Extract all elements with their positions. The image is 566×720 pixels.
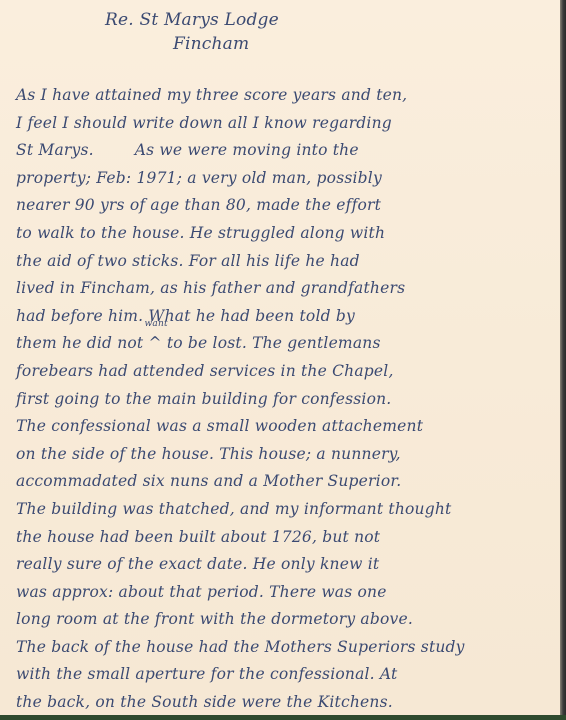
page-bottom-border	[0, 715, 566, 720]
caret-mark: ^	[149, 334, 162, 352]
text-line: nearer 90 yrs of age than 80, made the e…	[16, 192, 536, 220]
text-line: the aid of two sticks. For all his life …	[16, 248, 536, 276]
insertion-mark: want ^	[149, 330, 162, 358]
letter-heading: Re. St Marys Lodge Fincham	[105, 8, 279, 56]
heading-title: Re. St Marys Lodge	[105, 8, 279, 32]
text-line: long room at the front with the dormetor…	[16, 606, 536, 634]
text-line: I feel I should write down all I know re…	[16, 110, 536, 138]
text-line: property; Feb: 1971; a very old man, pos…	[16, 165, 536, 193]
text-line: The back of the house had the Mothers Su…	[16, 634, 536, 662]
text-line: The confessional was a small wooden atta…	[16, 413, 536, 441]
line-part-after-insertion: to be lost. The gentlemans	[167, 334, 381, 352]
inserted-word: want	[145, 319, 168, 329]
text-line: on the side of the house. This house; a …	[16, 441, 536, 469]
text-line: had before him. What he had been told by	[16, 303, 536, 331]
text-line-with-insertion: them he did not want ^ to be lost. The g…	[16, 330, 536, 358]
text-line: forebears had attended services in the C…	[16, 358, 536, 386]
page-edge-shadow	[560, 0, 566, 720]
text-line: first going to the main building for con…	[16, 386, 536, 414]
heading-place: Fincham	[105, 32, 279, 56]
text-line: As I have attained my three score years …	[16, 82, 536, 110]
handwritten-letter-page: Re. St Marys Lodge Fincham As I have att…	[0, 0, 562, 715]
text-line: the house had been built about 1726, but…	[16, 524, 536, 552]
letter-body: As I have attained my three score years …	[16, 82, 536, 717]
text-line: with the small aperture for the confessi…	[16, 661, 536, 689]
text-line: was approx: about that period. There was…	[16, 579, 536, 607]
text-line: accommadated six nuns and a Mother Super…	[16, 468, 536, 496]
text-line: The building was thatched, and my inform…	[16, 496, 536, 524]
text-line: lived in Fincham, as his father and gran…	[16, 275, 536, 303]
text-line: to walk to the house. He struggled along…	[16, 220, 536, 248]
line-part-before-insertion: them he did not	[16, 334, 143, 352]
text-line: St Marys. As we were moving into the	[16, 137, 536, 165]
text-line: the back, on the South side were the Kit…	[16, 689, 536, 717]
text-line: really sure of the exact date. He only k…	[16, 551, 536, 579]
